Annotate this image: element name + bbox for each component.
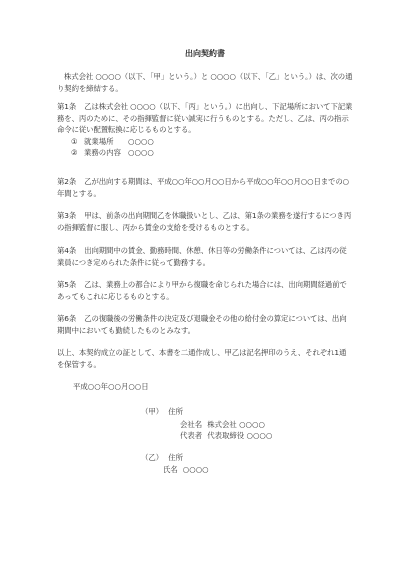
party-a-company: 会社名株式会社 ○○○○ (180, 419, 265, 430)
item-2-number: ② (71, 147, 84, 159)
clause-5-number: 第5条 (57, 280, 76, 289)
clause-4-number: 第4条 (57, 246, 76, 255)
clause-5-text: 乙は、業務上の都合により甲から復職を命じられた場合には、出向期間経過前であっても… (57, 280, 347, 301)
clause-1: 第1条乙は株式会社 ○○○○（以下、「丙」という。）に出向し、下記場所において下… (57, 101, 353, 136)
party-a-rep-value: 代表取締役 ○○○○ (207, 431, 272, 440)
closing-statement: 以上、本契約成立の証として、本書を二通作成し、甲乙は記名押印のうえ、それぞれ1通… (57, 347, 353, 370)
preamble: 株式会社 ○○○○（以下、「甲」という。）と ○○○○（以下、「乙」という。）は… (57, 71, 353, 94)
item-1-label: 就業場所 (84, 136, 128, 148)
clause-5: 第5条乙は、業務上の都合により甲から復職を命じられた場合には、出向期間経過前であ… (57, 279, 353, 302)
clause-3-text: 甲は、前条の出向期間乙を休職扱いとし、乙は、第1条の業務を遂行するにつき丙の指揮… (57, 211, 351, 232)
clause-1-number: 第1条 (57, 102, 76, 111)
clause-1-item-2: ②業務の内容○○○○ (71, 147, 154, 159)
clause-2: 第2条乙が出向する期間は、平成○○年○○月○○日から平成○○年○○月○○日までの… (57, 176, 353, 199)
item-1-value: ○○○○ (128, 137, 154, 146)
clause-6-number: 第6条 (57, 314, 76, 323)
clause-1-item-1: ①就業場所○○○○ (71, 136, 154, 148)
party-b-label: （乙） (141, 452, 163, 463)
party-a-header: （甲）住所 (141, 406, 183, 417)
party-b-header: （乙）住所 (141, 452, 183, 463)
clause-4-text: 出向期間中の賃金、勤務時間、休憩、休日等の労働条件については、乙は丙の従業員につ… (57, 246, 347, 267)
clause-1-text: 乙は株式会社 ○○○○（以下、「丙」という。）に出向し、下記場所において下記業務… (57, 102, 352, 134)
party-b-name: 氏名○○○○ (163, 464, 209, 475)
document-title: 出向契約書 (57, 48, 353, 59)
clause-2-text: 乙が出向する期間は、平成○○年○○月○○日から平成○○年○○月○○日までの○年間… (57, 177, 349, 198)
party-a-company-value: 株式会社 ○○○○ (207, 420, 265, 429)
party-a-rep-label: 代表者 (180, 430, 202, 441)
clause-3: 第3条甲は、前条の出向期間乙を休職扱いとし、乙は、第1条の業務を遂行するにつき丙… (57, 210, 353, 233)
party-a-address-label: 住所 (168, 407, 183, 416)
party-a-representative: 代表者代表取締役 ○○○○ (180, 430, 272, 441)
clause-2-number: 第2条 (57, 177, 76, 186)
party-a-company-label: 会社名 (180, 419, 202, 430)
contract-date: 平成○○年○○月○○日 (73, 381, 149, 392)
item-1-number: ① (71, 136, 84, 148)
party-a-label: （甲） (141, 406, 163, 417)
clause-6: 第6条乙の復職後の労働条件の決定及び退職金その他の給付金の算定については、出向期… (57, 313, 353, 336)
party-b-name-label: 氏名 (163, 464, 178, 475)
party-b-name-value: ○○○○ (183, 465, 209, 474)
clause-6-text: 乙の復職後の労働条件の決定及び退職金その他の給付金の算定については、出向期間中に… (57, 314, 347, 335)
item-2-label: 業務の内容 (84, 147, 128, 159)
clause-3-number: 第3条 (57, 211, 76, 220)
item-2-value: ○○○○ (128, 148, 154, 157)
clause-4: 第4条出向期間中の賃金、勤務時間、休憩、休日等の労働条件については、乙は丙の従業… (57, 245, 353, 268)
party-b-address-label: 住所 (168, 453, 183, 462)
